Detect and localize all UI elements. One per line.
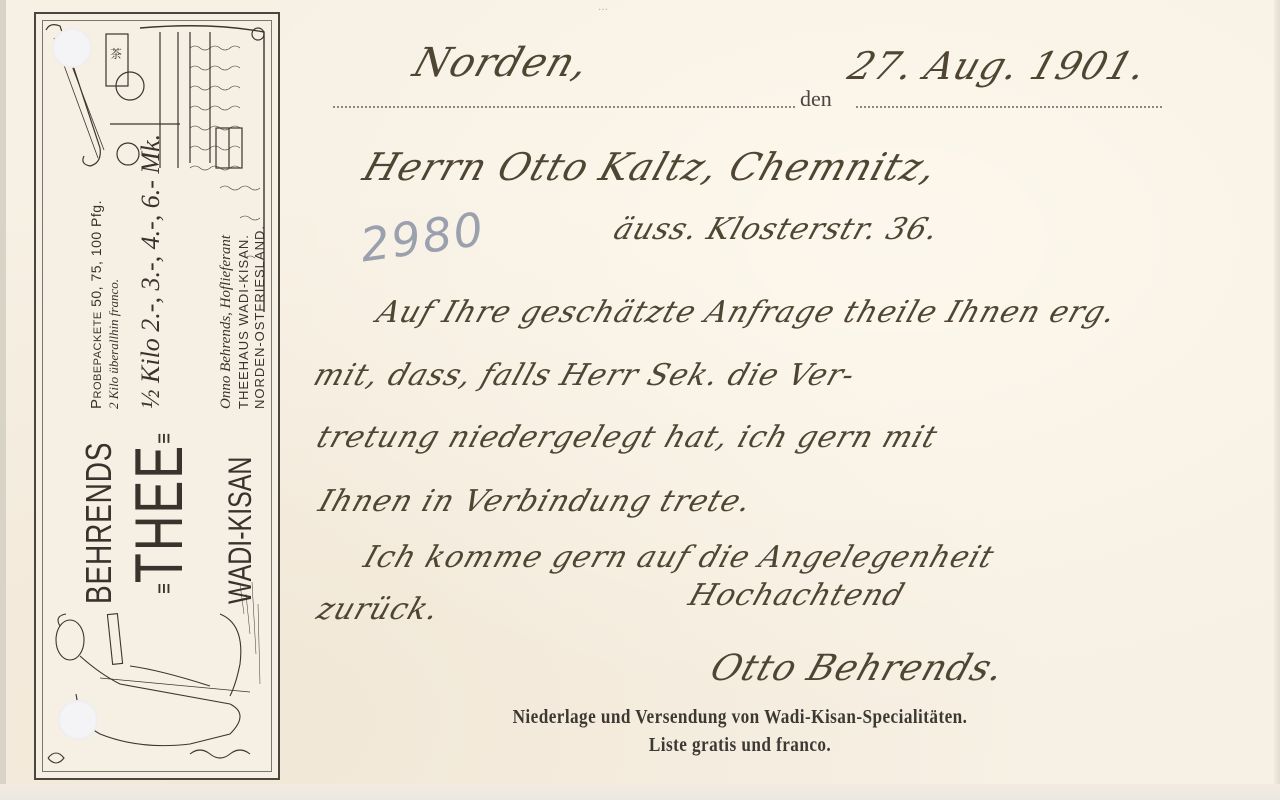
place-handwritten: Norden, [408,40,596,86]
decor-lines-icon: ≡ [149,433,179,444]
shipping-note: 2 Kilo überallhin franco. [106,279,122,409]
pencil-number: 2980 [357,202,488,273]
decor-lines-icon: ≡ [149,583,179,594]
brand-thee-text: THEE [121,444,197,583]
body-line: Ich komme gern auf die Angelegenheit [359,540,999,575]
signature: Otto Behrends. [705,648,1009,689]
footer-line-2: Liste gratis und franco. [430,734,1049,757]
owner-line: Onno Behrends, Hoflieferant [218,235,235,409]
brand-behrends: BEHRENDS [78,442,120,604]
postcard: 茶 [0,0,1280,800]
date-dotted-line [856,106,1162,108]
card-left-edge [0,0,6,800]
svg-text:茶: 茶 [110,47,122,61]
brand-wadi-kisan: WADI-KISAN [222,457,259,604]
recipient-line-1: Herrn Otto Kaltz, Chemnitz, [358,145,943,189]
body-line: Auf Ihre geschätzte Anfrage theile Ihnen… [372,295,1121,330]
brand-thee: ≡THEE≡ [120,433,198,594]
date-handwritten: 27. Aug. 1901. [843,44,1153,88]
stamp-fragment: … [598,2,648,16]
footer-line-1: Niederlage und Versendung von Wadi-Kisan… [430,706,1049,729]
probe-label: Probepackete [88,311,105,409]
date-label: den [800,86,832,112]
place-dotted-line [333,106,795,108]
address-line-2: NORDEN-OSTFRIESLAND. [252,225,267,409]
punch-hole-top [52,28,92,68]
probe-packages-line: Probepackete 50, 75, 100 Pfg. [88,200,105,409]
address-line-1: THEEHAUS WADI-KISAN. [236,234,251,409]
body-line: Ihnen in Verbindung trete. [314,484,756,519]
probe-prices: 50, 75, 100 Pfg. [88,200,104,307]
body-line: mit, dass, falls Herr Sek. die Ver- [309,358,860,393]
recipient-line-2: äuss. Klosterstr. 36. [609,212,943,247]
body-line: tretung niedergelegt hat, ich gern mit [312,420,942,455]
closing: Hochachtend [684,578,909,613]
card-bottom-edge [0,784,1280,800]
punch-hole-bottom [58,700,98,740]
card-right-edge [1274,0,1280,800]
advertisement-panel: 茶 [34,12,280,780]
body-line: zurück. [312,592,444,627]
price-line: ½ Kilo 2.-, 3.-, 4.-, 6.- Mk. [136,134,166,409]
